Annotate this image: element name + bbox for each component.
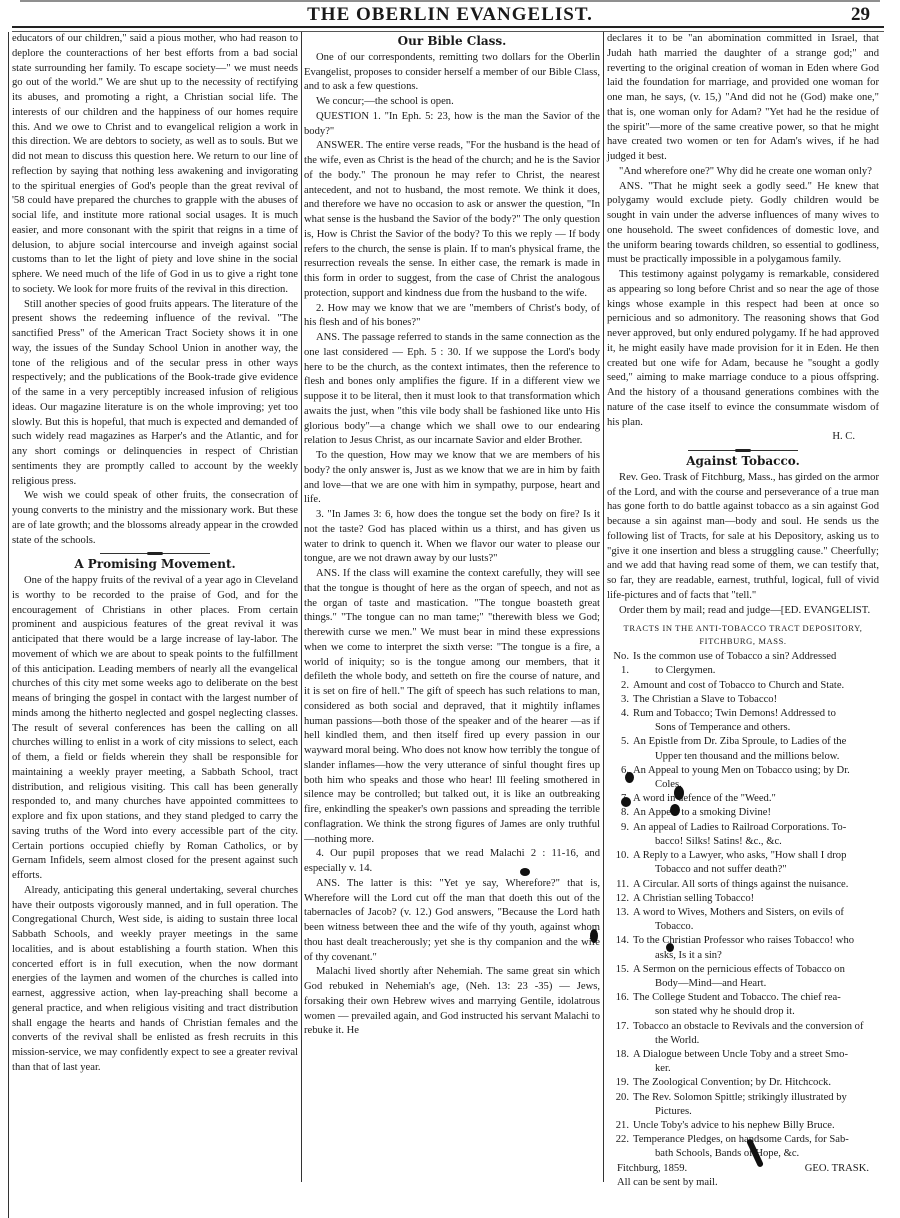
question-paragraph: 4. Our pupil proposes that we read Malac… (304, 847, 600, 877)
tract-title-line: Is the common use of Tobacco a sin? Addr… (633, 651, 836, 662)
tracts-list-heading: TRACTS IN THE ANTI-TOBACCO TRACT DEPOSIT… (607, 622, 879, 648)
article-paragraph: To the question, How may we know that we… (304, 449, 600, 508)
tract-item: 9.An appeal of Ladies to Railroad Corpor… (607, 821, 879, 849)
ink-blot (666, 943, 674, 952)
tract-title: A Sermon on the pernicious effects of To… (633, 963, 879, 991)
tract-item: 12.A Christian selling Tobacco! (607, 892, 879, 906)
tract-item: 22.Temperance Pledges, on handsome Cards… (607, 1133, 879, 1161)
tract-number: 2. (607, 679, 633, 693)
tract-title-line: An Appeal to young Men on Tobacco using;… (633, 765, 850, 776)
ink-blot (520, 868, 530, 876)
article-paragraph: We wish we could speak of other fruits, … (12, 489, 298, 548)
tract-title-line: The Rev. Solomon Spittle; strikingly ill… (633, 1092, 847, 1103)
tract-title-continuation: Tobacco. (633, 920, 879, 934)
tract-title: Tobacco an obstacle to Revivals and the … (633, 1020, 879, 1048)
tract-title: Is the common use of Tobacco a sin? Addr… (633, 650, 879, 678)
tract-item: No. 1.Is the common use of Tobacco a sin… (607, 650, 879, 678)
signoff-place: Fitchburg, 1859. (617, 1162, 687, 1177)
tract-title: The Rev. Solomon Spittle; strikingly ill… (633, 1091, 879, 1119)
tract-title-continuation: son stated why he should drop it. (633, 1005, 879, 1019)
tract-title: Amount and cost of Tobacco to Church and… (633, 679, 879, 693)
tract-number: 4. (607, 707, 633, 735)
tract-number: 21. (607, 1119, 633, 1133)
tract-title: A word to Wives, Mothers and Sisters, on… (633, 906, 879, 934)
tract-title: An appeal of Ladies to Railroad Corporat… (633, 821, 879, 849)
tract-title-continuation: to Clergymen. (633, 664, 879, 678)
tract-number: 5. (607, 735, 633, 763)
tract-item: 17.Tobacco an obstacle to Revivals and t… (607, 1020, 879, 1048)
tract-title-continuation: bacco! Silks! Satins! &c., &c. (633, 835, 879, 849)
tract-number: 10. (607, 849, 633, 877)
tract-title: A word in defence of the "Weed." (633, 792, 879, 806)
tract-title: A Christian selling Tobacco! (633, 892, 879, 906)
section-divider (688, 450, 798, 451)
tract-number: 3. (607, 693, 633, 707)
tract-title: The Christian a Slave to Tobacco! (633, 693, 879, 707)
tract-item: 20.The Rev. Solomon Spittle; strikingly … (607, 1091, 879, 1119)
tract-number: 12. (607, 892, 633, 906)
tract-title-line: An appeal of Ladies to Railroad Corporat… (633, 822, 846, 833)
tract-title-continuation: Body—Mind—and Heart. (633, 977, 879, 991)
tract-title-line: The College Student and Tobacco. The chi… (633, 992, 841, 1003)
question-paragraph: 2. How may we know that we are "members … (304, 302, 600, 332)
tract-title-line: The Christian a Slave to Tobacco! (633, 694, 777, 705)
tract-title-line: A Sermon on the pernicious effects of To… (633, 964, 845, 975)
article-paragraph: Malachi lived shortly after Nehemiah. Th… (304, 965, 600, 1039)
tract-title-line: A Dialogue between Uncle Toby and a stre… (633, 1049, 848, 1060)
column-2: Our Bible Class. One of our corresponden… (304, 32, 600, 1039)
tract-title-line: A word to Wives, Mothers and Sisters, on… (633, 907, 844, 918)
article-heading-promising-movement: A Promising Movement. (12, 557, 298, 572)
tract-title-line: Temperance Pledges, on handsome Cards, f… (633, 1134, 849, 1145)
article-paragraph: declares it to be "an abomination commit… (607, 32, 879, 165)
tract-number: 16. (607, 991, 633, 1019)
signoff: Fitchburg, 1859. GEO. TRASK. (607, 1162, 879, 1177)
article-heading-bible-class: Our Bible Class. (304, 34, 600, 49)
tract-number: 9. (607, 821, 633, 849)
tracts-heading-line-2: FITCHBURG, MASS. (607, 635, 879, 648)
tract-title-continuation: Pictures. (633, 1105, 879, 1119)
tract-item: 18.A Dialogue between Uncle Toby and a s… (607, 1048, 879, 1076)
column-1: educators of our children," said a pious… (12, 32, 298, 1076)
tract-title: An Epistle from Dr. Ziba Sproule, to Lad… (633, 735, 879, 763)
answer-paragraph: ANS. The passage referred to stands in t… (304, 331, 600, 449)
tracts-heading-line-1: TRACTS IN THE ANTI-TOBACCO TRACT DEPOSIT… (607, 622, 879, 635)
tract-item: 6.An Appeal to young Men on Tobacco usin… (607, 764, 879, 792)
tract-number: 20. (607, 1091, 633, 1119)
answer-paragraph: ANS. The latter is this: "Yet ye say, Wh… (304, 877, 600, 966)
tract-title-line: Uncle Toby's advice to his nephew Billy … (633, 1120, 835, 1131)
tract-title-line: A Reply to a Lawyer, who asks, "How shal… (633, 850, 846, 861)
tract-title-line: Tobacco an obstacle to Revivals and the … (633, 1021, 863, 1032)
article-paragraph: Rev. Geo. Trask of Fitchburg, Mass., has… (607, 471, 879, 604)
tract-title-continuation: Tobacco and not suffer death?" (633, 863, 879, 877)
tract-item: 2.Amount and cost of Tobacco to Church a… (607, 679, 879, 693)
tract-item: 15.A Sermon on the pernicious effects of… (607, 963, 879, 991)
tract-title-line: A Circular. All sorts of things against … (633, 879, 848, 890)
tract-title: A Circular. All sorts of things against … (633, 878, 879, 892)
article-paragraph: This testimony against polygamy is remar… (607, 268, 879, 430)
tract-title: A Reply to a Lawyer, who asks, "How shal… (633, 849, 879, 877)
tract-title-continuation: ker. (633, 1062, 879, 1076)
ink-blot (625, 772, 634, 783)
tract-number: 8. (607, 806, 633, 820)
tract-number: 22. (607, 1133, 633, 1161)
tract-title: An Appeal to young Men on Tobacco using;… (633, 764, 879, 792)
masthead: THE OBERLIN EVANGELIST. 29 (0, 0, 900, 26)
tract-number: 13. (607, 906, 633, 934)
signoff-name: GEO. TRASK. (805, 1162, 869, 1177)
ink-blot (674, 786, 684, 800)
article-paragraph: educators of our children," said a pious… (12, 32, 298, 298)
question-paragraph: 3. "In James 3: 6, how does the tongue s… (304, 508, 600, 567)
tract-title-continuation: Sons of Temperance and others. (633, 721, 879, 735)
tract-title: Rum and Tobacco; Twin Demons! Addressed … (633, 707, 879, 735)
tract-title-line: An Epistle from Dr. Ziba Sproule, to Lad… (633, 736, 846, 747)
tract-title: The College Student and Tobacco. The chi… (633, 991, 879, 1019)
tract-number: 18. (607, 1048, 633, 1076)
tract-title-continuation: the World. (633, 1034, 879, 1048)
article-paragraph: One of the happy fruits of the revival o… (12, 574, 298, 884)
tract-title-line: The Zoological Convention; by Dr. Hitchc… (633, 1077, 831, 1088)
tract-item: 5.An Epistle from Dr. Ziba Sproule, to L… (607, 735, 879, 763)
ink-blot (670, 804, 680, 816)
tract-title: A Dialogue between Uncle Toby and a stre… (633, 1048, 879, 1076)
tract-title: Uncle Toby's advice to his nephew Billy … (633, 1119, 879, 1133)
tract-item: 11.A Circular. All sorts of things again… (607, 878, 879, 892)
tract-title-line: A Christian selling Tobacco! (633, 893, 754, 904)
left-border-rule (8, 32, 9, 1218)
tract-title: The Zoological Convention; by Dr. Hitchc… (633, 1076, 879, 1090)
tract-item: 19.The Zoological Convention; by Dr. Hit… (607, 1076, 879, 1090)
footer-note: All can be sent by mail. (607, 1176, 879, 1191)
article-paragraph: One of our correspondents, remitting two… (304, 51, 600, 95)
tract-title-line: An Appeal to a smoking Divine! (633, 807, 771, 818)
column-3: declares it to be "an abomination commit… (607, 32, 879, 1191)
article-paragraph: Already, anticipating this general under… (12, 884, 298, 1076)
tract-number: 11. (607, 878, 633, 892)
tract-item: 16.The College Student and Tobacco. The … (607, 991, 879, 1019)
answer-paragraph: ANS. If the class will examine the conte… (304, 567, 600, 847)
answer-paragraph: ANSWER. The entire verse reads, "For the… (304, 139, 600, 301)
tract-item: 21.Uncle Toby's advice to his nephew Bil… (607, 1119, 879, 1133)
tract-number: 17. (607, 1020, 633, 1048)
top-rule (20, 0, 880, 2)
tract-item: 3.The Christian a Slave to Tobacco! (607, 693, 879, 707)
section-divider (100, 553, 210, 554)
page-number: 29 (851, 4, 870, 26)
question-paragraph: QUESTION 1. "In Eph. 5: 23, how is the m… (304, 110, 600, 140)
tract-title-continuation: Coles. (633, 778, 879, 792)
tract-title-line: Rum and Tobacco; Twin Demons! Addressed … (633, 708, 836, 719)
newspaper-title: THE OBERLIN EVANGELIST. (0, 4, 900, 26)
tract-item: 13.A word to Wives, Mothers and Sisters,… (607, 906, 879, 934)
tract-title-line: A word in defence of the "Weed." (633, 793, 776, 804)
tract-number: 14. (607, 934, 633, 962)
ink-blot (621, 797, 631, 807)
tract-item: 8.An Appeal to a smoking Divine! (607, 806, 879, 820)
article-heading-against-tobacco: Against Tobacco. (607, 454, 879, 469)
tracts-list: No. 1.Is the common use of Tobacco a sin… (607, 650, 879, 1161)
tract-number: No. 1. (607, 650, 633, 678)
article-paragraph: "And wherefore one?" Why did he create o… (607, 165, 879, 180)
column-rule-2 (603, 32, 604, 1182)
tract-item: 10.A Reply to a Lawyer, who asks, "How s… (607, 849, 879, 877)
tract-title-continuation: Upper ten thousand and the millions belo… (633, 750, 879, 764)
ink-blot (590, 929, 598, 943)
tract-item: 14.To the Christian Professor who raises… (607, 934, 879, 962)
article-paragraph: We concur;—the school is open. (304, 95, 600, 110)
column-rule-1 (301, 32, 302, 1182)
author-initials: H. C. (607, 430, 879, 445)
answer-paragraph: ANS. "That he might seek a godly seed." … (607, 180, 879, 269)
tract-item: 4.Rum and Tobacco; Twin Demons! Addresse… (607, 707, 879, 735)
tract-number: 15. (607, 963, 633, 991)
article-paragraph: Still another species of good fruits app… (12, 298, 298, 490)
article-paragraph: Order them by mail; read and judge—[ED. … (607, 604, 879, 619)
tract-item: 7.A word in defence of the "Weed." (607, 792, 879, 806)
tract-title-line: Amount and cost of Tobacco to Church and… (633, 680, 844, 691)
tract-number: 19. (607, 1076, 633, 1090)
